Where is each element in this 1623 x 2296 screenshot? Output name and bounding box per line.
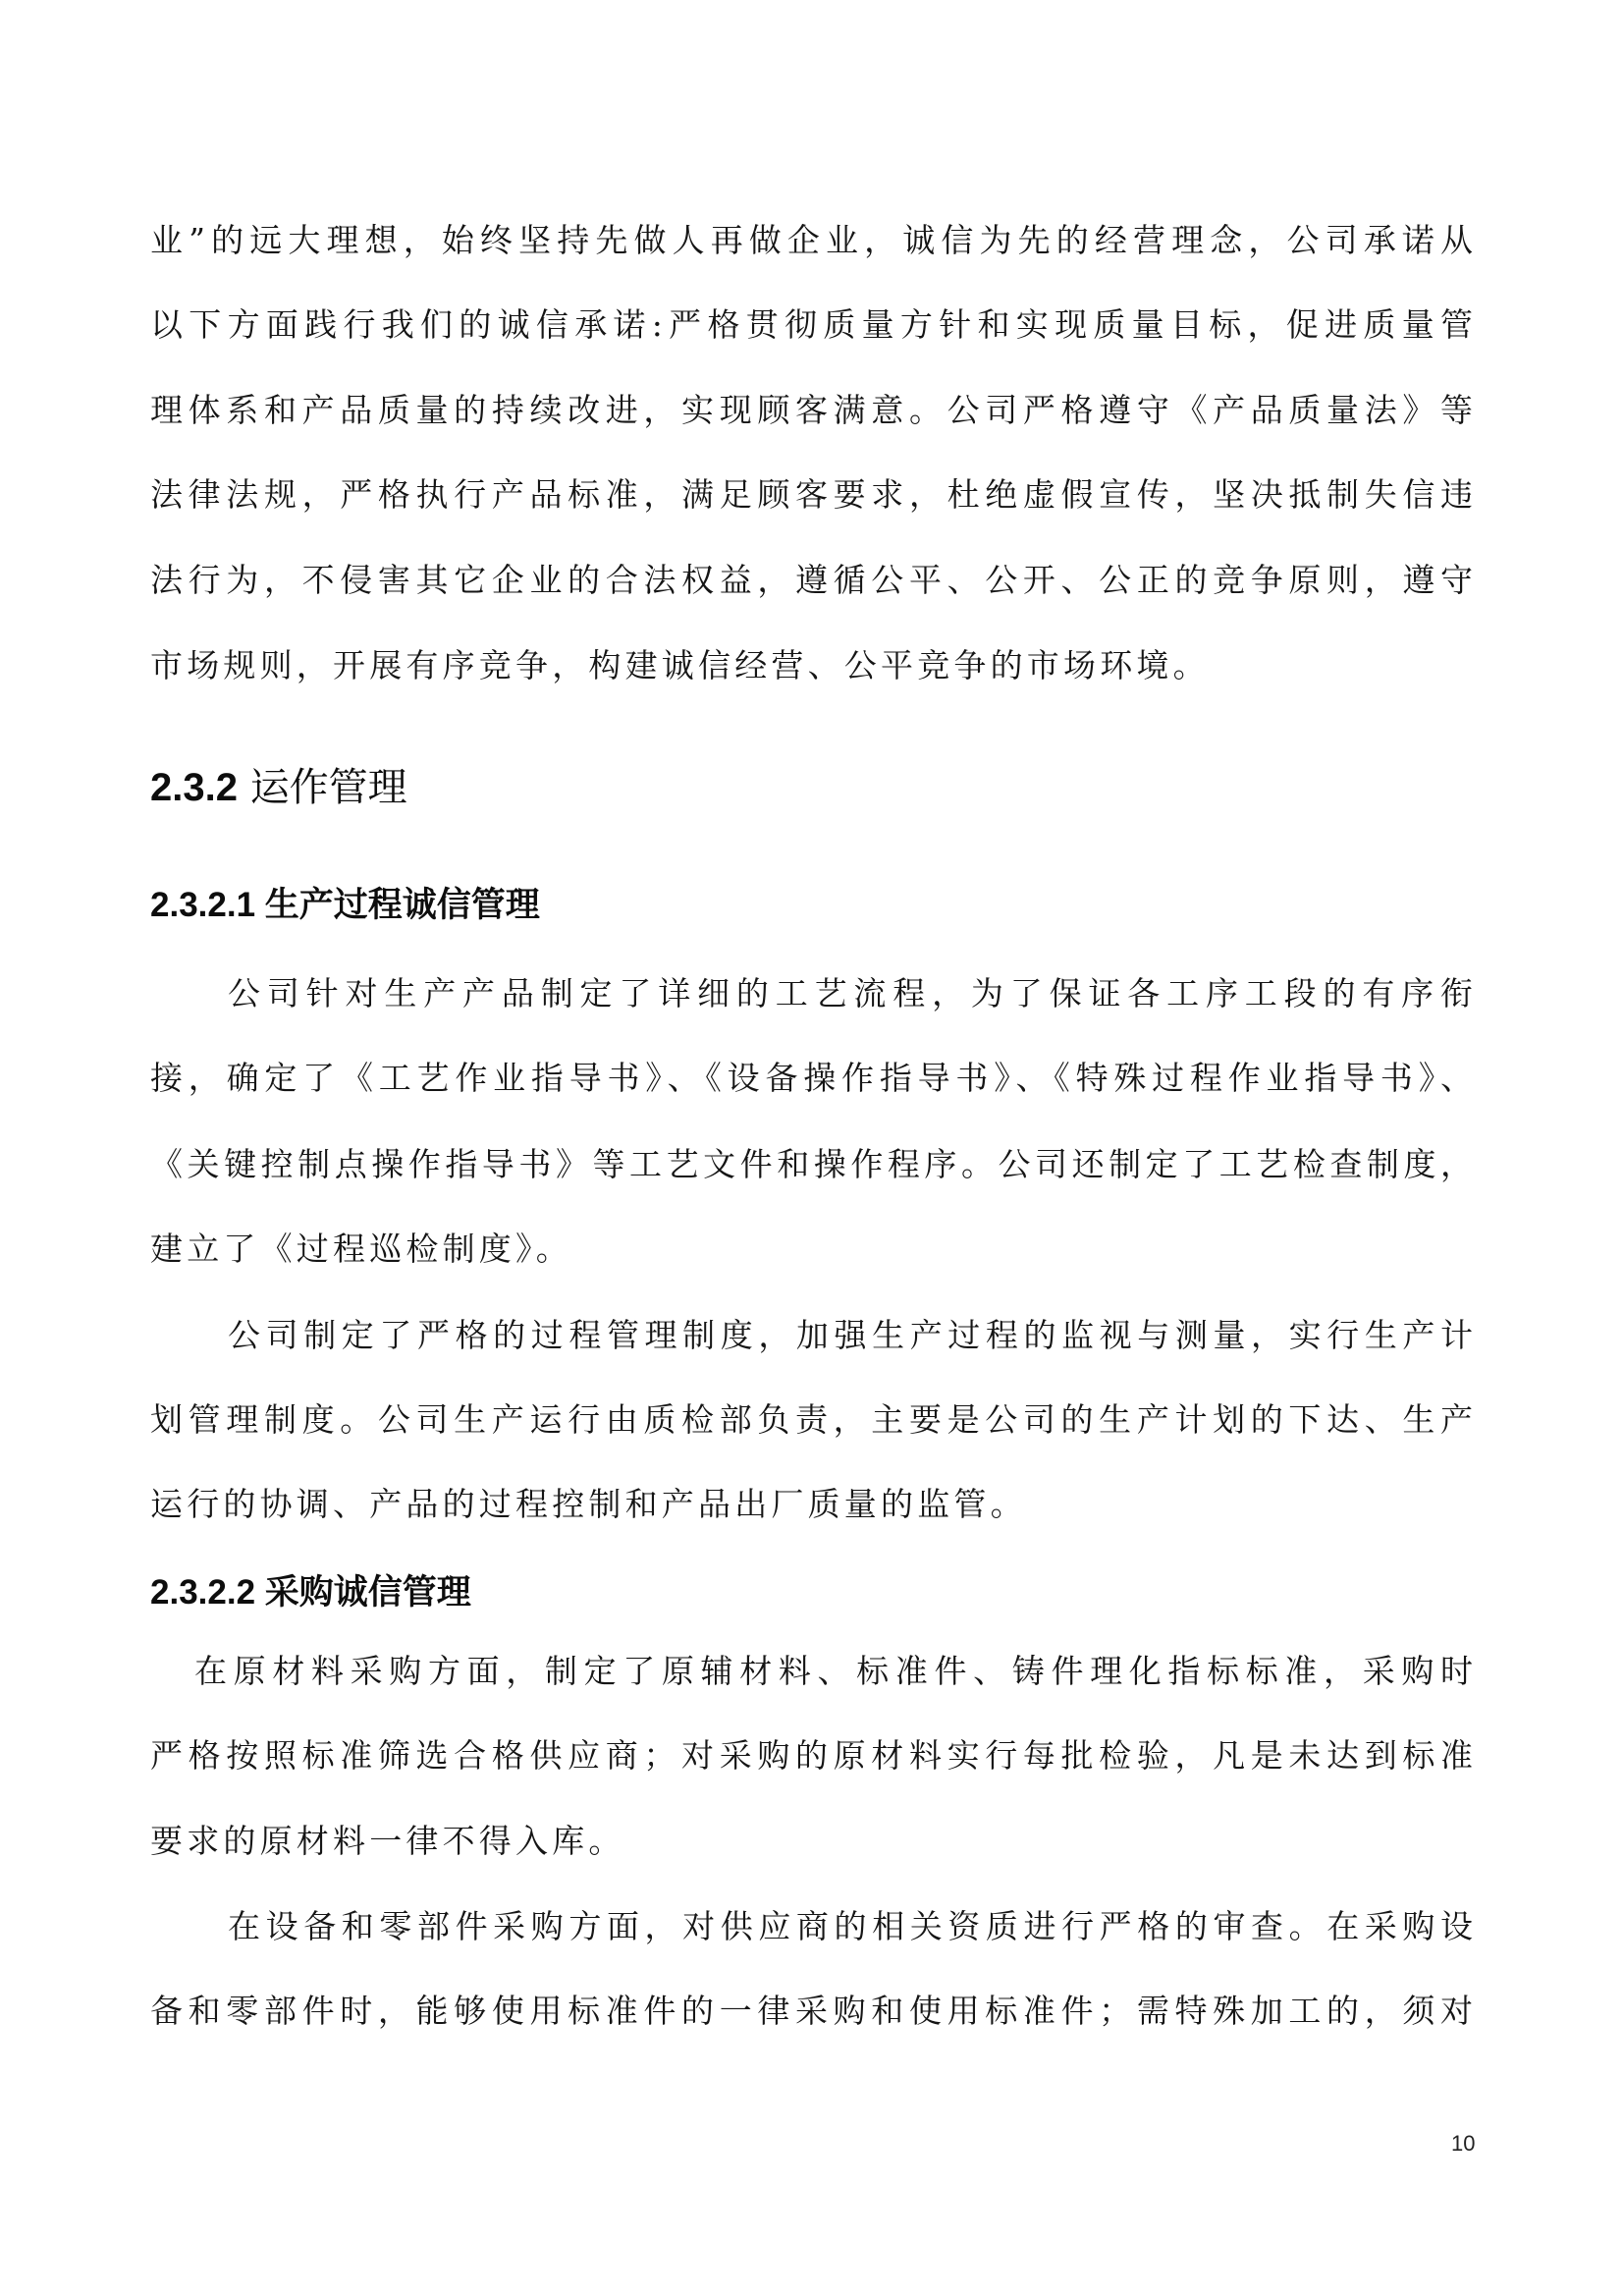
section-title: 运作管理 xyxy=(250,765,407,810)
paragraph-line: 划管理制度。公司生产运行由质检部负责，主要是公司的生产计划的下达、生产 xyxy=(150,1398,1473,1442)
paragraph-line: 业”的远大理想，始终坚持先做人再做企业，诚信为先的经营理念，公司承诺从 xyxy=(150,219,1473,262)
paragraph-line: 建立了《过程巡检制度》。 xyxy=(150,1228,1473,1271)
paragraph-line: 公司针对生产产品制定了详细的工艺流程，为了保证各工序工段的有序衔 xyxy=(228,972,1473,1015)
section-heading-2-3-2-2: 2.3.2.2 采购诚信管理 xyxy=(150,1570,471,1615)
paragraph-line: 接，确定了《工艺作业指导书》、《设备操作指导书》、《特殊过程作业指导书》、 xyxy=(150,1057,1473,1100)
paragraph-line: 备和零部件时，能够使用标准件的一律采购和使用标准件；需特殊加工的，须对 xyxy=(150,1990,1473,2033)
section-heading-2-3-2-1: 2.3.2.1 生产过程诚信管理 xyxy=(150,883,540,928)
paragraph-line: 严格按照标准筛选合格供应商；对采购的原材料实行每批检验，凡是未达到标准 xyxy=(150,1734,1473,1777)
section-heading-2-3-2: 2.3.2 运作管理 xyxy=(150,762,407,813)
paragraph-line: 以下方面践行我们的诚信承诺:严格贯彻质量方针和实现质量目标，促进质量管 xyxy=(150,303,1473,347)
paragraph-line: 法行为，不侵害其它企业的合法权益，遵循公平、公开、公正的竞争原则，遵守 xyxy=(150,559,1473,602)
paragraph-line: 市场规则，开展有序竞争，构建诚信经营、公平竞争的市场环境。 xyxy=(150,644,1473,687)
document-page: 业”的远大理想，始终坚持先做人再做企业，诚信为先的经营理念，公司承诺从 以下方面… xyxy=(0,0,1623,2296)
paragraph-line: 在原材料采购方面，制定了原辅材料、标准件、铸件理化指标标准，采购时 xyxy=(194,1650,1473,1693)
paragraph-line: 要求的原材料一律不得入库。 xyxy=(150,1820,1473,1863)
section-number: 2.3.2 xyxy=(150,766,238,809)
paragraph-line: 理体系和产品质量的持续改进，实现顾客满意。公司严格遵守《产品质量法》等 xyxy=(150,389,1473,432)
paragraph-line: 在设备和零部件采购方面，对供应商的相关资质进行严格的审查。在采购设 xyxy=(228,1905,1473,1948)
paragraph-line: 公司制定了严格的过程管理制度，加强生产过程的监视与测量，实行生产计 xyxy=(228,1314,1473,1357)
paragraph-line: 运行的协调、产品的过程控制和产品出厂质量的监管。 xyxy=(150,1483,1473,1526)
paragraph-line: 《关键控制点操作指导书》等工艺文件和操作程序。公司还制定了工艺检查制度， xyxy=(150,1143,1473,1186)
paragraph-line: 法律法规，严格执行产品标准，满足顾客要求，杜绝虚假宣传，坚决抵制失信违 xyxy=(150,473,1473,517)
page-number: 10 xyxy=(1451,2129,1475,2159)
